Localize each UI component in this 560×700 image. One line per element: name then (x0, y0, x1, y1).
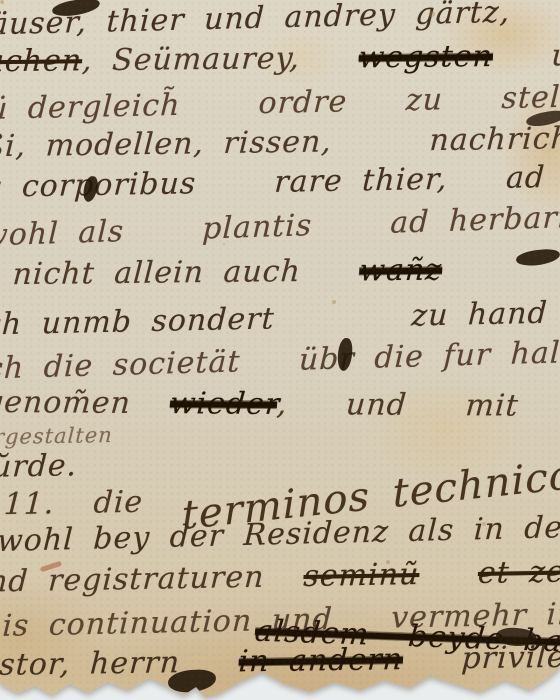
line-text: , Seümaurey, (81, 40, 360, 78)
line-text: ßi, modellen, rissen, nachrichtũ (0, 121, 560, 165)
manuscript-line: genom̃en wieder, und mit z (0, 388, 560, 422)
struck-through-word: wegsten (358, 39, 494, 75)
scan-background: äuser, thier und andrey gärtz, w achen, … (0, 0, 560, 700)
line-text: ch unmb sondert zu hand ge (0, 294, 560, 342)
line-text: wohl als plantis ad herbaria (0, 199, 560, 253)
line-text: ch die societät übr die fur halle (0, 335, 560, 387)
line-text: t nicht allein auch (0, 253, 361, 292)
manuscript-page: äuser, thier und andrey gärtz, w achen, … (0, 0, 560, 700)
manuscript-line: t nicht allein auch wañz (0, 256, 443, 291)
manuscript-line: ßi, modellen, rissen, nachrichtũ (0, 124, 560, 163)
manuscript-line: rstor, herrn in andern privilegia d (0, 641, 560, 681)
line-text: genom̃en (0, 385, 171, 421)
struck-through-word: achen (0, 43, 83, 79)
struck-through-word: seminũ (303, 557, 421, 594)
line-text (418, 556, 478, 592)
manuscript-line: s corporibus rare thier, ad (0, 163, 546, 203)
line-text: s corporibus rare thier, ad (0, 160, 546, 205)
foxing-spots (0, 0, 4, 4)
line-text: privilegia d (402, 638, 560, 677)
line-text: ü dergleich̃ ordre zu stellan / (0, 78, 560, 127)
struck-through-word: wañz (358, 253, 443, 289)
manuscript-line: ü dergleich̃ ordre zu stellan / (0, 81, 560, 125)
line-text: 11. die (3, 484, 183, 522)
paper-shadow: äuser, thier und andrey gärtz, w achen, … (0, 0, 560, 700)
manuscript-line-fragment: rgestalten (0, 425, 113, 448)
struck-through-word: et ze (477, 554, 560, 591)
struck-through-word: in andern (238, 642, 404, 679)
manuscript-line: nd registraturen seminũ et ze ũ (0, 556, 560, 597)
line-text: und (492, 38, 560, 74)
manuscript-line: achen, Seümaurey, wegsten und (0, 41, 560, 78)
ink-blot (515, 248, 560, 268)
line-text: , und mit z (276, 387, 560, 424)
struck-through-word: wieder (169, 386, 279, 422)
manuscript-line: ch die societät übr die fur halle (0, 338, 560, 385)
line-text: rgestalten (0, 423, 113, 449)
manuscript-line: wohl als plantis ad herbaria (0, 202, 560, 251)
manuscript-line: ch unmb sondert zu hand ge (0, 297, 560, 340)
manuscript-line: ŭrde. (0, 451, 78, 483)
